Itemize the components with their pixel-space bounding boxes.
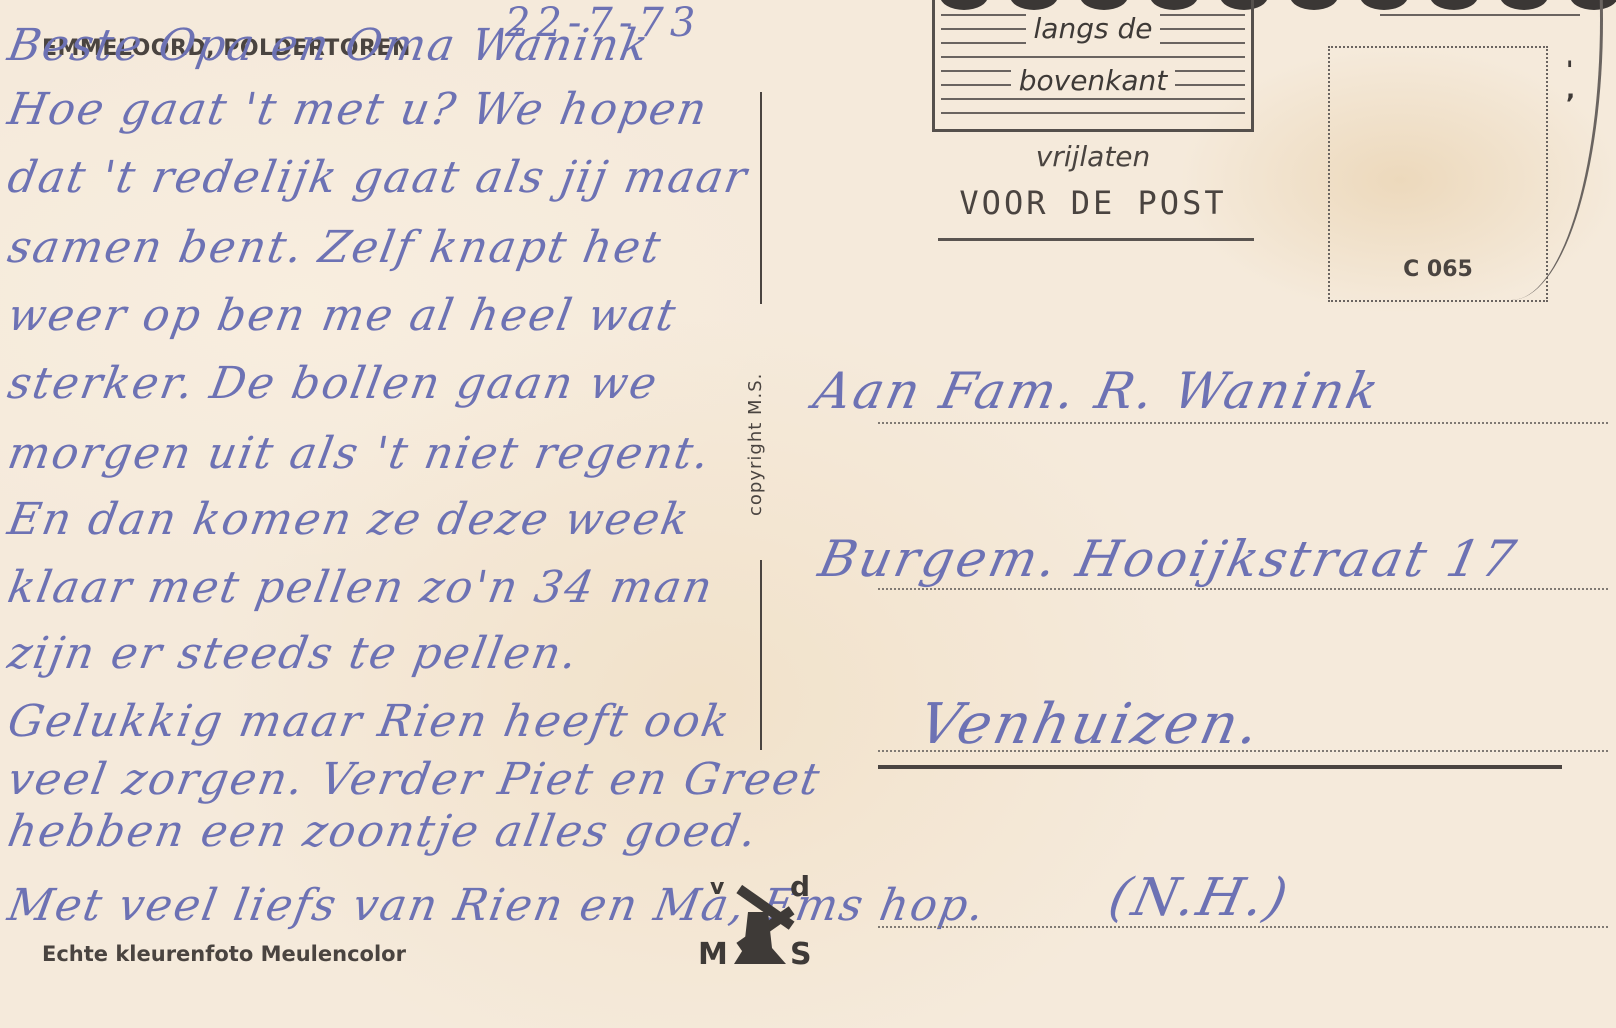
message-line: zijn er steeds te pellen. (4, 628, 583, 679)
address-line-4: (N.H.) (1104, 868, 1296, 928)
message-line: En dan komen ze deze week (4, 494, 694, 545)
message-line: samen bent. Zelf knapt het (4, 222, 666, 273)
message-line: morgen uit als 't niet regent. (4, 428, 715, 479)
address-line-1: Aan Fam. R. Wanink (809, 362, 1387, 420)
address-rule-solid (878, 765, 1562, 769)
postmark-marks: ', (1566, 60, 1575, 100)
copyright-text: copyright M.S. (745, 373, 766, 516)
message-line: Met veel liefs van Rien en Ma, Ems hop. (4, 880, 990, 931)
postmark-line-2: bovenkant (1011, 64, 1176, 97)
address-rule-1 (878, 422, 1608, 424)
postmark-line-1: langs de (1026, 12, 1161, 45)
message-line: hebben een zoontje alles goed. (4, 806, 762, 857)
message-line: dat 't redelijk gaat als jij maar (4, 152, 752, 203)
postmark-line-3: vrijlaten (932, 140, 1254, 173)
windmill-icon: v d M S (698, 868, 818, 968)
center-divider-top (760, 92, 762, 304)
svg-text:v: v (710, 875, 725, 900)
postcard-back: EMMELOORD, POLDERTOREN 22-7-73 Beste Opa… (0, 0, 1616, 1028)
address-line-3: Venhuizen. (913, 692, 1268, 757)
postmark-underline (938, 238, 1254, 241)
message-line: veel zorgen. Verder Piet en Greet (4, 754, 825, 805)
stamp-box: C 065 (1328, 46, 1548, 302)
message-line: klaar met pellen zo'n 34 man (4, 562, 718, 613)
address-rule-2 (878, 588, 1608, 590)
svg-text:S: S (790, 937, 812, 968)
address-line-2: Burgem. Hooijkstraat 17 (814, 530, 1523, 588)
message-line: Hoe gaat 't met u? We hopen (4, 84, 712, 135)
message-line: Beste Opa en Oma Wanink (4, 20, 654, 71)
message-line: weer op ben me al heel wat (4, 290, 681, 341)
message-line: sterker. De bollen gaan we (4, 358, 662, 409)
postmark-slogan-box: langs de bovenkant (932, 0, 1254, 132)
footer-imprint: Echte kleurenfoto Meulencolor (42, 942, 406, 966)
svg-text:d: d (790, 870, 810, 903)
message-line: Gelukkig maar Rien heeft ook (4, 696, 735, 747)
postmark-line-4: VOOR DE POST (932, 184, 1254, 222)
center-divider-bottom (760, 560, 762, 750)
svg-text:M: M (698, 937, 728, 968)
stamp-box-code: C 065 (1330, 257, 1546, 282)
